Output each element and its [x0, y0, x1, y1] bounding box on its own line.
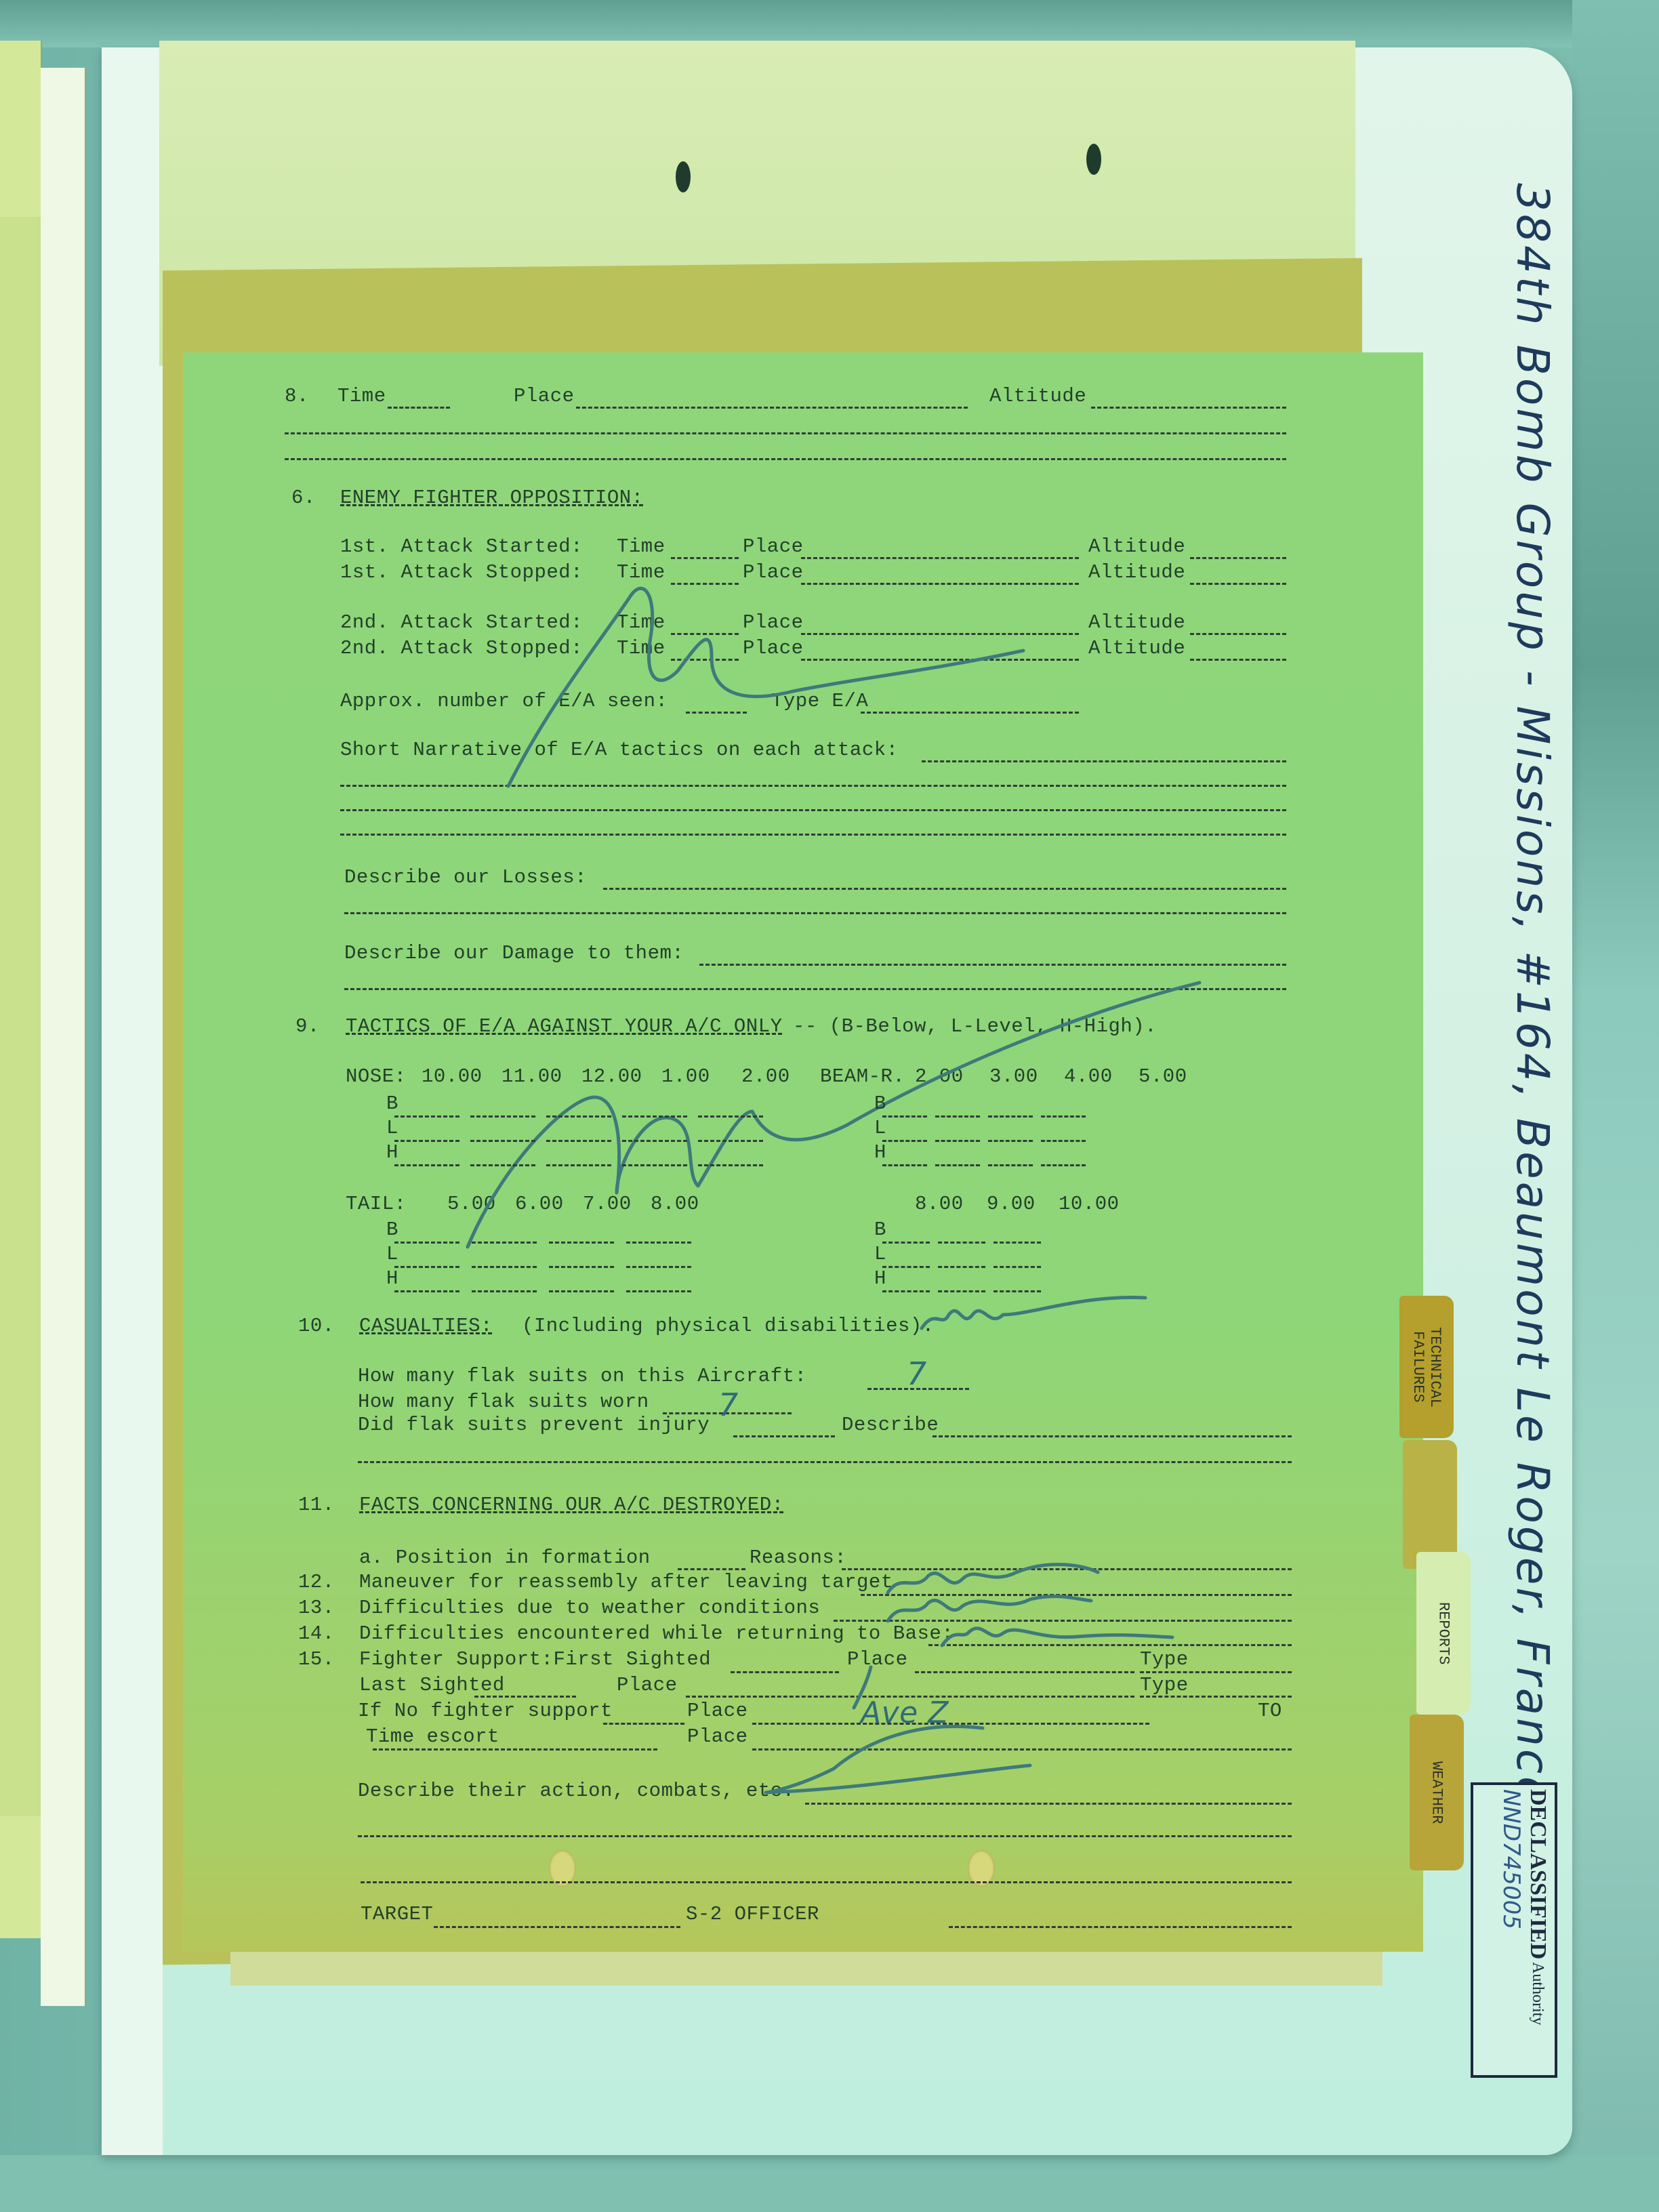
stamp-authority-label: Authority — [1529, 1962, 1547, 2025]
describe-field[interactable] — [933, 1435, 1292, 1437]
reasons-label: Reasons: — [750, 1548, 846, 1568]
altitude-row-label: B — [874, 1220, 886, 1240]
tactics-cell[interactable] — [938, 1242, 985, 1244]
narrative-label: Short Narrative of E/A tactics on each a… — [340, 740, 899, 760]
narrative-line[interactable] — [340, 809, 1286, 811]
tactics-cell[interactable] — [882, 1115, 927, 1118]
tactics-cell[interactable] — [622, 1164, 687, 1166]
item-11-heading: FACTS CONCERNING OUR A/C DESTROYED: — [359, 1495, 784, 1515]
no-support-field[interactable] — [603, 1723, 684, 1725]
time-label: Time — [617, 613, 665, 632]
tactics-cell[interactable] — [549, 1266, 614, 1268]
blank-line[interactable] — [285, 458, 1286, 460]
altitude-label: Altitude — [1088, 638, 1185, 658]
tactics-cell[interactable] — [394, 1266, 459, 1268]
tactics-cell[interactable] — [698, 1164, 763, 1166]
tab-weather[interactable]: WEATHER — [1410, 1715, 1464, 1870]
background-bottom — [0, 2155, 1659, 2212]
altitude-row-label: L — [386, 1118, 398, 1138]
approx-number-label: Approx. number of E/A seen: — [340, 691, 668, 711]
describe-action-line[interactable] — [361, 1881, 1292, 1883]
clock-position: 9.00 — [987, 1194, 1036, 1214]
clock-position: 3.00 — [989, 1067, 1038, 1086]
last-sighted-type-field[interactable] — [1140, 1696, 1292, 1698]
clock-position: 8.00 — [651, 1194, 699, 1214]
altitude-field[interactable] — [1091, 407, 1286, 409]
tactics-cell[interactable] — [988, 1115, 1033, 1118]
approx-number-field[interactable] — [686, 712, 747, 714]
no-support-place-field[interactable] — [752, 1723, 1149, 1725]
altitude-row-label: H — [386, 1269, 398, 1288]
tactics-cell[interactable] — [472, 1242, 537, 1244]
tactics-cell[interactable] — [698, 1140, 763, 1142]
attack-1-started-label: 1st. Attack Started: — [340, 537, 583, 556]
punch-hole — [1086, 144, 1101, 175]
item-8-altitude-label: Altitude — [989, 386, 1086, 406]
first-sighted-field[interactable] — [731, 1671, 839, 1673]
tactics-cell[interactable] — [935, 1140, 980, 1142]
place-label: Place — [617, 1675, 678, 1695]
item-10-subheading: (Including physical disabilities). — [522, 1316, 935, 1336]
left-paper-stack — [0, 41, 85, 2006]
attack-1-start-altitude-field[interactable] — [1190, 557, 1286, 559]
s2-officer-label: S-2 OFFICER — [686, 1904, 819, 1924]
time-label: Time — [617, 537, 665, 556]
describe-action-field[interactable] — [805, 1803, 1292, 1805]
damage-line[interactable] — [344, 988, 1286, 990]
item-6-number: 6. — [291, 488, 316, 508]
first-sighted-place-field[interactable] — [915, 1671, 1134, 1673]
altitude-label: Altitude — [1088, 562, 1185, 582]
item-10-heading: CASUALTIES: — [359, 1316, 493, 1336]
tactics-cell[interactable] — [938, 1290, 985, 1292]
target-label: TARGET — [361, 1904, 433, 1924]
tactics-cell[interactable] — [394, 1242, 459, 1244]
damage-label: Describe our Damage to them: — [344, 943, 684, 963]
attack-2-stop-time-field[interactable] — [671, 659, 739, 661]
clock-position: 2.00 — [915, 1067, 964, 1086]
clock-position: 8.00 — [915, 1194, 964, 1214]
tactics-cell[interactable] — [394, 1290, 459, 1292]
tactics-cell[interactable] — [546, 1115, 611, 1118]
blank-line[interactable] — [285, 432, 1286, 434]
reasons-field[interactable] — [842, 1568, 1292, 1570]
stamp-authority-code: NND745005 — [1498, 1789, 1525, 1929]
attack-1-stop-altitude-field[interactable] — [1190, 583, 1286, 585]
tactics-cell[interactable] — [698, 1115, 763, 1118]
tab-blank[interactable] — [1403, 1440, 1457, 1569]
clock-position: 5.00 — [1139, 1067, 1187, 1086]
attack-2-stop-altitude-field[interactable] — [1190, 659, 1286, 661]
item-15-number: 15. — [298, 1650, 335, 1669]
item-9-number: 9. — [295, 1017, 320, 1036]
declassified-stamp: DECLASSIFIED Authority NND745005 — [1471, 1782, 1557, 2078]
none-scrawl-item14 — [942, 1629, 1172, 1645]
tail-label: TAIL: — [346, 1194, 407, 1214]
tactics-cell[interactable] — [882, 1140, 927, 1142]
altitude-row-label: B — [386, 1220, 398, 1240]
time-label: Time — [617, 562, 665, 582]
place-label: Place — [847, 1650, 908, 1669]
clock-position: 12.00 — [581, 1067, 642, 1086]
attack-2-start-time-field[interactable] — [671, 633, 739, 635]
position-field[interactable] — [678, 1568, 745, 1570]
left-sheet — [41, 68, 86, 2006]
last-sighted-label: Last Sighted — [359, 1675, 505, 1695]
tactics-cell[interactable] — [622, 1140, 687, 1142]
tactics-cell[interactable] — [472, 1266, 537, 1268]
escort-place-field[interactable] — [752, 1748, 1292, 1750]
altitude-row-label: B — [386, 1094, 398, 1113]
flak-prevent-label: Did flak suits prevent injury — [358, 1415, 710, 1435]
tactics-cell[interactable] — [935, 1115, 980, 1118]
item-10-number: 10. — [298, 1316, 335, 1336]
altitude-row-label: L — [874, 1118, 886, 1138]
attack-2-start-altitude-field[interactable] — [1190, 633, 1286, 635]
attack-1-stop-place-field[interactable] — [801, 583, 1079, 585]
position-in-formation-label: a. Position in formation — [359, 1548, 651, 1568]
s2-officer-field[interactable] — [949, 1926, 1292, 1928]
tactics-cell[interactable] — [994, 1266, 1041, 1268]
tactics-cell[interactable] — [1041, 1164, 1086, 1166]
time-escort-field[interactable] — [373, 1748, 657, 1750]
place-label: Place — [743, 537, 804, 556]
tab-technical-failures[interactable]: TECHNICAL FAILURES — [1399, 1296, 1454, 1438]
background-right — [1572, 0, 1659, 2212]
tactics-cell[interactable] — [935, 1164, 980, 1166]
flak-on-aircraft-label: How many flak suits on this Aircraft: — [358, 1366, 806, 1386]
altitude-label: Altitude — [1088, 613, 1185, 632]
describe-action-line[interactable] — [358, 1835, 1292, 1837]
tactics-cell[interactable] — [546, 1164, 611, 1166]
attack-2-started-label: 2nd. Attack Started: — [340, 613, 583, 632]
attack-2-start-place-field[interactable] — [801, 633, 1079, 635]
item-14-number: 14. — [298, 1624, 335, 1643]
item-14-label: Difficulties encountered while returning… — [359, 1624, 954, 1643]
tactics-cell[interactable] — [988, 1140, 1033, 1142]
tactics-cell[interactable] — [626, 1290, 691, 1292]
altitude-row-label: H — [874, 1143, 886, 1162]
narrative-line[interactable] — [340, 834, 1286, 836]
tactics-cell[interactable] — [394, 1115, 459, 1118]
item-11-number: 11. — [298, 1495, 335, 1515]
nose-label: NOSE: — [346, 1067, 407, 1086]
time-field[interactable] — [388, 407, 450, 409]
tactics-cell[interactable] — [472, 1290, 537, 1292]
clock-position: 5.00 — [447, 1194, 496, 1214]
place-label: Place — [687, 1701, 748, 1721]
place-label: Place — [743, 613, 804, 632]
clock-position: 10.00 — [422, 1067, 483, 1086]
attack-2-stopped-label: 2nd. Attack Stopped: — [340, 638, 583, 658]
attack-2-stop-place-field[interactable] — [801, 659, 1079, 661]
return-difficulties-field[interactable] — [928, 1644, 1292, 1646]
tactics-cell[interactable] — [394, 1164, 459, 1166]
none-scrawl-casualties — [922, 1297, 1145, 1328]
tactics-cell[interactable] — [882, 1290, 930, 1292]
place-label: Place — [687, 1727, 748, 1746]
altitude-row-label: H — [386, 1143, 398, 1162]
item-12-number: 12. — [298, 1572, 335, 1592]
tactics-cell[interactable] — [988, 1164, 1033, 1166]
interrogation-form-page: 8. Time Place Altitude 6. ENEMY FIGHTER … — [183, 352, 1423, 1952]
item-13-label: Difficulties due to weather conditions — [359, 1598, 820, 1618]
losses-label: Describe our Losses: — [344, 867, 587, 887]
tactics-cell[interactable] — [470, 1115, 535, 1118]
tactics-cell[interactable] — [549, 1290, 614, 1292]
tab-reports[interactable]: REPORTS — [1416, 1552, 1471, 1715]
weather-difficulties-field[interactable] — [834, 1620, 1292, 1622]
item-8-number: 8. — [285, 386, 309, 406]
attack-1-stop-time-field[interactable] — [671, 583, 739, 585]
place-label: Place — [743, 638, 804, 658]
clock-position: 11.00 — [501, 1067, 562, 1086]
handwritten-item15: Ave Z — [861, 1698, 949, 1728]
item-8-place-label: Place — [514, 386, 575, 406]
type-ea-field[interactable] — [861, 712, 1079, 714]
damage-field[interactable] — [699, 964, 1286, 966]
tactics-cell[interactable] — [938, 1266, 985, 1268]
tactics-cell[interactable] — [882, 1242, 930, 1244]
flak-prevent-field[interactable] — [733, 1435, 835, 1437]
tactics-cell[interactable] — [994, 1290, 1041, 1292]
attack-1-stopped-label: 1st. Attack Stopped: — [340, 562, 583, 582]
time-escort-label: Time escort — [366, 1727, 499, 1746]
flak-worn-label: How many flak suits worn — [358, 1392, 649, 1412]
type-ea-label: Type E/A — [771, 691, 868, 711]
tactics-cell[interactable] — [882, 1164, 927, 1166]
tactics-cell[interactable] — [622, 1115, 687, 1118]
attack-1-start-time-field[interactable] — [671, 557, 739, 559]
first-sighted-label: Fighter Support:First Sighted — [359, 1650, 711, 1669]
last-sighted-field[interactable] — [474, 1696, 576, 1698]
clock-position: 10.00 — [1059, 1194, 1120, 1214]
item-6-heading: ENEMY FIGHTER OPPOSITION: — [340, 488, 644, 508]
describe-line[interactable] — [358, 1461, 1292, 1463]
item-13-number: 13. — [298, 1598, 335, 1618]
tactics-cell[interactable] — [394, 1140, 459, 1142]
beam-r-label: BEAM-R. — [820, 1067, 905, 1086]
losses-field[interactable] — [603, 888, 1286, 890]
tactics-cell[interactable] — [470, 1164, 535, 1166]
place-label: Place — [743, 562, 804, 582]
altitude-row-label: H — [874, 1269, 886, 1288]
folder-handwritten-label: 384th Bomb Group - Missions, #164, Beaum… — [1477, 183, 1559, 1762]
narrative-line[interactable] — [340, 785, 1286, 787]
tactics-cell[interactable] — [549, 1242, 614, 1244]
tactics-cell[interactable] — [882, 1266, 930, 1268]
item-8-time-label: Time — [337, 386, 386, 406]
no-fighter-support-label: If No fighter support — [358, 1701, 613, 1721]
altitude-row-label: L — [874, 1244, 886, 1264]
altitude-label: Altitude — [1088, 537, 1185, 556]
none-scrawl-item13 — [888, 1597, 1091, 1621]
attack-1-start-place-field[interactable] — [801, 557, 1079, 559]
flak-on-aircraft-value: 7 — [907, 1358, 927, 1389]
tactics-cell[interactable] — [994, 1242, 1041, 1244]
narrative-field[interactable] — [922, 760, 1286, 762]
describe-label: Describe — [842, 1415, 939, 1435]
tactics-cell[interactable] — [470, 1140, 535, 1142]
time-label: Time — [617, 638, 665, 658]
type-label: Type — [1140, 1675, 1189, 1695]
tactics-cell[interactable] — [546, 1140, 611, 1142]
clock-position: 7.00 — [583, 1194, 632, 1214]
altitude-row-label: L — [386, 1244, 398, 1264]
type-label: Type — [1140, 1650, 1189, 1669]
item-9-legend: -- (B-Below, L-Level, H-High). — [793, 1017, 1157, 1036]
tactics-cell[interactable] — [1041, 1115, 1086, 1118]
punch-hole — [676, 161, 691, 192]
tactics-cell[interactable] — [626, 1242, 691, 1244]
item-9-heading: TACTICS OF E/A AGAINST YOUR A/C ONLY — [346, 1017, 783, 1036]
to-label: TO — [1258, 1701, 1282, 1721]
first-sighted-type-field[interactable] — [1140, 1671, 1292, 1673]
folder-spine — [102, 47, 164, 2155]
clock-position: 1.00 — [661, 1067, 710, 1086]
item-12-label: Maneuver for reassembly after leaving ta… — [359, 1572, 893, 1592]
tactics-cell[interactable] — [1041, 1140, 1086, 1142]
describe-action-label: Describe their action, combats, etc. — [358, 1781, 795, 1801]
place-field[interactable] — [576, 407, 968, 409]
flak-worn-value: 7 — [718, 1389, 739, 1420]
tactics-cell[interactable] — [626, 1266, 691, 1268]
stamp-title: DECLASSIFIED — [1525, 1789, 1551, 1959]
clock-position: 6.00 — [515, 1194, 564, 1214]
target-field[interactable] — [434, 1926, 680, 1928]
altitude-row-label: B — [874, 1094, 886, 1113]
reassembly-field[interactable] — [861, 1594, 1292, 1596]
losses-line[interactable] — [344, 912, 1286, 914]
clock-position: 2.00 — [741, 1067, 790, 1086]
clock-position: 4.00 — [1064, 1067, 1113, 1086]
